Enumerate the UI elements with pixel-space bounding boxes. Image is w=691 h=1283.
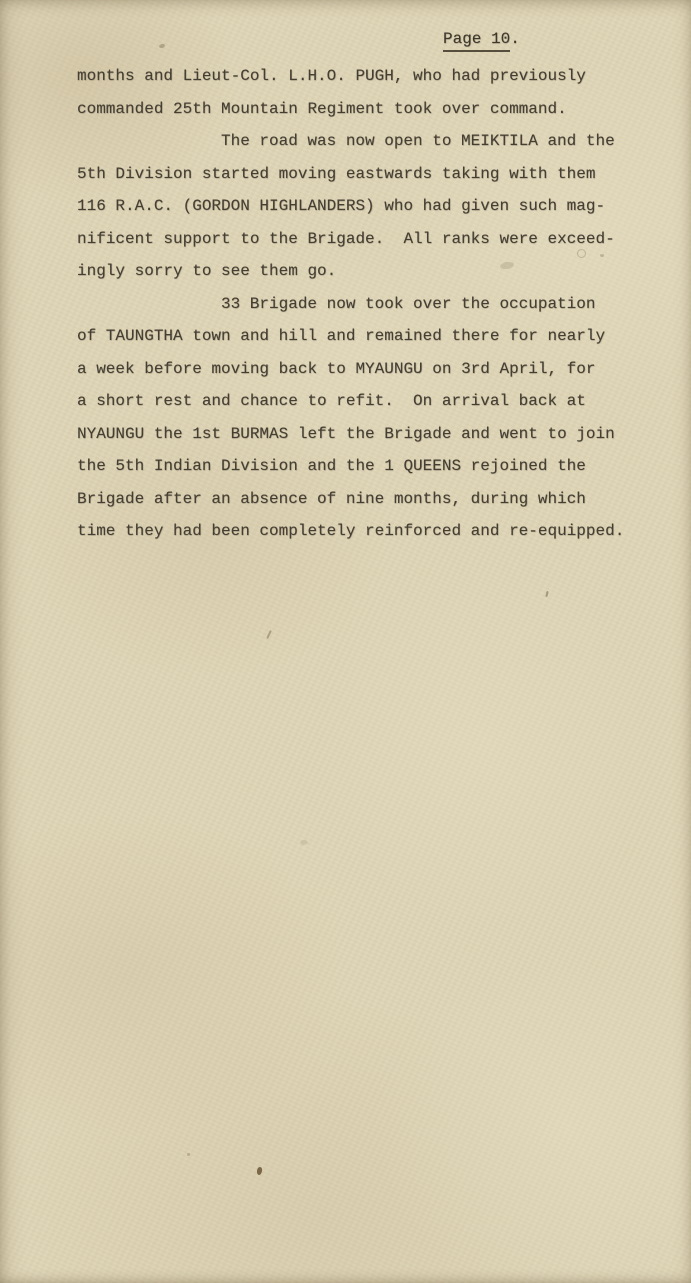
text-line: 33 Brigade now took over the occupation <box>77 288 637 321</box>
page-number-header: Page 10. <box>443 29 520 49</box>
text-line: the 5th Indian Division and the 1 QUEENS… <box>77 450 637 483</box>
paper-speck <box>158 43 165 49</box>
page-number-text: Page 10 <box>443 30 510 52</box>
text-line: The road was now open to MEIKTILA and th… <box>77 125 637 158</box>
page-number-period: . <box>510 30 520 48</box>
typewritten-body: months and Lieut-Col. L.H.O. PUGH, who h… <box>77 60 637 548</box>
text-line: Brigade after an absence of nine months,… <box>77 483 637 516</box>
paper-speck <box>300 840 308 845</box>
text-line: 5th Division started moving eastwards ta… <box>77 158 637 191</box>
paper-speck <box>256 1167 262 1176</box>
text-line: NYAUNGU the 1st BURMAS left the Brigade … <box>77 418 637 451</box>
text-line: nificent support to the Brigade. All ran… <box>77 223 637 256</box>
scanned-document-page: Page 10. months and Lieut-Col. L.H.O. PU… <box>0 0 691 1283</box>
paper-speck <box>187 1153 190 1156</box>
text-line: ingly sorry to see them go. <box>77 255 637 288</box>
text-line: a week before moving back to MYAUNGU on … <box>77 353 637 386</box>
text-line: months and Lieut-Col. L.H.O. PUGH, who h… <box>77 60 637 93</box>
text-line: a short rest and chance to refit. On arr… <box>77 385 637 418</box>
paper-speck <box>545 591 548 597</box>
text-line: commanded 25th Mountain Regiment took ov… <box>77 93 637 126</box>
text-line: time they had been completely reinforced… <box>77 515 637 548</box>
text-line: of TAUNGTHA town and hill and remained t… <box>77 320 637 353</box>
text-line: 116 R.A.C. (GORDON HIGHLANDERS) who had … <box>77 190 637 223</box>
paper-speck <box>266 630 272 639</box>
